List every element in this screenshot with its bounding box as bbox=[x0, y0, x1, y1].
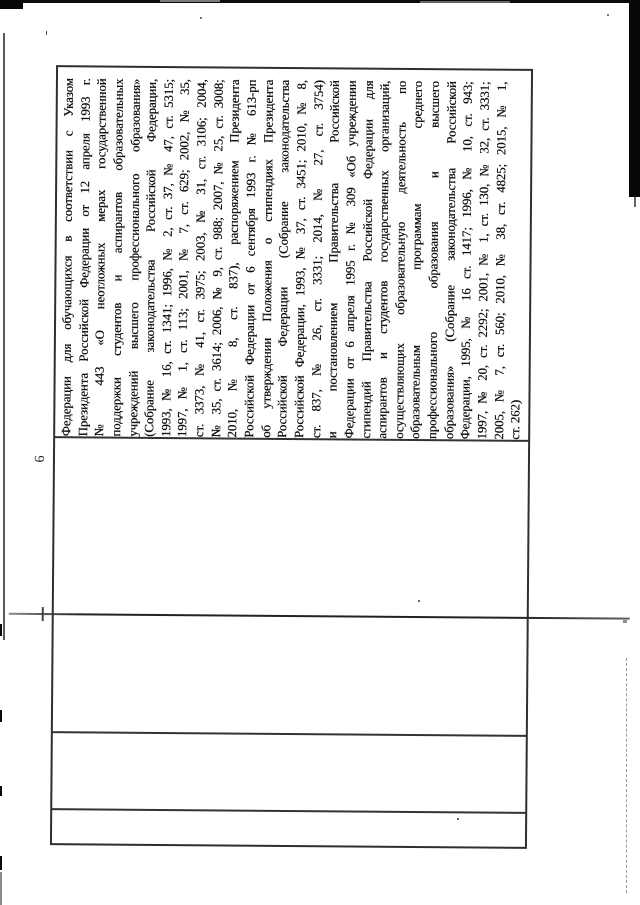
registration-tick bbox=[42, 607, 44, 621]
document-table: Федерации для обучающихся в соответствии… bbox=[50, 65, 533, 849]
table-row-divider bbox=[51, 808, 526, 814]
scanned-page: 6 Федерации для обучающихся в соответств… bbox=[0, 0, 640, 905]
text-line: 2005, № 7, ст. 560; 2010, № 38, ст. 4825… bbox=[491, 82, 510, 440]
text-line: ст. 262) bbox=[507, 82, 526, 440]
table-row-divider bbox=[52, 731, 527, 737]
scan-content: 6 Федерации для обучающихся в соответств… bbox=[0, 0, 640, 905]
legal-text-cell: Федерации для обучающихся в соответствии… bbox=[58, 78, 527, 440]
page-number: 6 bbox=[33, 450, 51, 468]
